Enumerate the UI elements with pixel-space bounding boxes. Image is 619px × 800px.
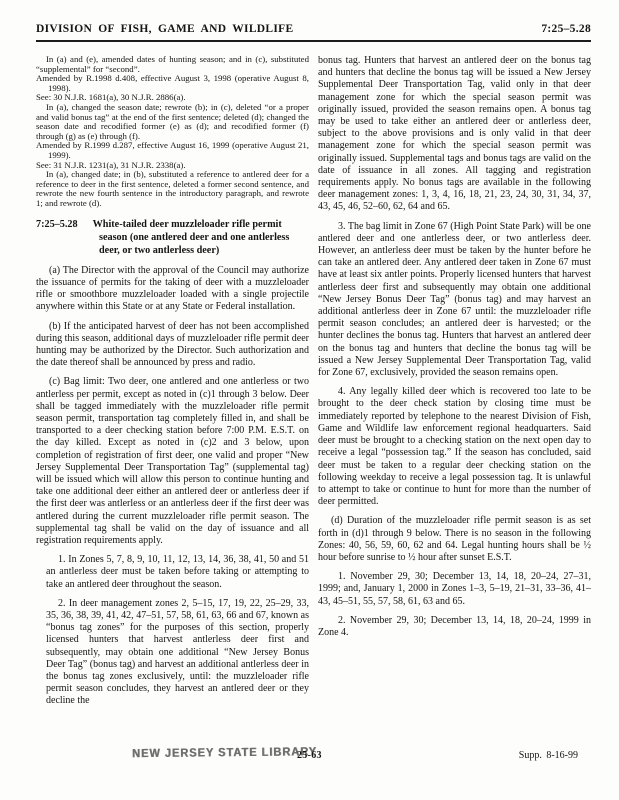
history-note: In (a), changed date; in (b), substitute… — [36, 170, 309, 208]
page-columns: In (a) and (e), amended dates of hunting… — [36, 55, 591, 708]
document-page: DIVISION OF FISH, GAME AND WILDLIFE 7:25… — [0, 0, 619, 800]
page-number: 25-63 — [297, 750, 322, 761]
item-d1: 1. November 29, 30; December 13, 14, 18,… — [318, 571, 591, 608]
item-d2: 2. November 29, 30; December 13, 14, 18,… — [318, 615, 591, 639]
right-column: bonus tag. Hunters that harvest an antle… — [318, 55, 591, 708]
item-c1: 1. In Zones 5, 7, 8, 9, 10, 11, 12, 13, … — [46, 554, 309, 591]
item-c3: 3. The bag limit in Zone 67 (High Point … — [318, 221, 591, 380]
history-note: Amended by R.1999 d.287, effective Augus… — [36, 141, 309, 160]
library-stamp: NEW JERSEY STATE LIBRARY — [132, 746, 317, 761]
history-note: In (a) and (e), amended dates of hunting… — [36, 55, 309, 74]
section-heading: 7:25–5.28White-tailed deer muzzleloader … — [36, 218, 309, 258]
left-column: In (a) and (e), amended dates of hunting… — [36, 55, 309, 708]
running-header: DIVISION OF FISH, GAME AND WILDLIFE 7:25… — [36, 23, 591, 35]
continuation-paragraph: bonus tag. Hunters that harvest an antle… — [318, 55, 591, 214]
paragraph-c: (c) Bag limit: Two deer, one antlered an… — [36, 376, 309, 547]
history-note: Amended by R.1998 d.408, effective Augus… — [36, 74, 309, 93]
item-c2: 2. In deer management zones 2, 5–15, 17,… — [46, 598, 309, 708]
section-title: White-tailed deer muzzleloader rifle per… — [93, 219, 290, 257]
header-section-ref: 7:25–5.28 — [541, 23, 591, 35]
paragraph-d: (d) Duration of the muzzleloader rifle p… — [318, 515, 591, 564]
paragraph-a: (a) The Director with the approval of th… — [36, 265, 309, 314]
section-number: 7:25–5.28 — [36, 219, 78, 230]
header-rule — [36, 40, 591, 42]
supplement-date: Supp. 8-16-99 — [519, 750, 578, 761]
history-note: In (a), changed the season date; rewrote… — [36, 103, 309, 141]
header-title: DIVISION OF FISH, GAME AND WILDLIFE — [36, 23, 293, 35]
paragraph-b: (b) If the anticipated harvest of deer h… — [36, 321, 309, 370]
item-c4: 4. Any legally killed deer which is reco… — [318, 386, 591, 508]
